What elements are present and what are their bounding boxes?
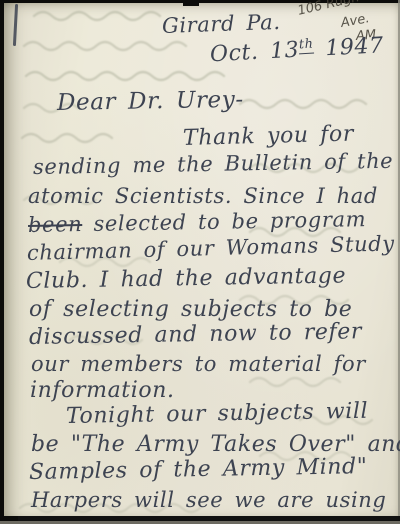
body-line: chairman of our Womans Study <box>27 231 395 265</box>
letter-body: Girard Pa. Oct. 13th 1947 Dear Dr. Urey-… <box>0 0 400 524</box>
letter-scan: 106 Rugh Ave. AM Girard Pa. Oct. 13th 19… <box>0 0 400 524</box>
body-line: Samples of the Army Mind" <box>29 454 368 485</box>
salutation-line: Dear Dr. Urey- <box>57 87 244 116</box>
body-line-text: selected to be program <box>82 207 366 236</box>
body-line: discussed and now to refer <box>29 319 362 350</box>
date-line: Oct. 13th 1947 <box>209 33 384 67</box>
date-suffix: 1947 <box>313 33 384 62</box>
body-line: Club. I had the advantage <box>26 263 347 294</box>
body-line: our members to material for <box>31 352 366 376</box>
body-line: Tonight our subjects will <box>66 399 369 429</box>
place-line: Girard Pa. <box>162 10 281 38</box>
body-line: sending me the Bulletin of the <box>33 149 394 179</box>
body-line: be "The Army Takes Over" and <box>31 432 400 457</box>
date-superscript: th <box>299 37 314 55</box>
body-line: Thank you for <box>183 122 355 151</box>
body-line: atomic Scientists. Since I had <box>28 184 378 208</box>
strikethrough-word: been <box>28 212 83 237</box>
body-line: Harpers will see we are using <box>31 488 386 512</box>
body-line: information. <box>30 378 175 403</box>
body-line: of selecting subjects to be <box>29 297 352 322</box>
date-prefix: Oct. 13 <box>209 38 300 68</box>
